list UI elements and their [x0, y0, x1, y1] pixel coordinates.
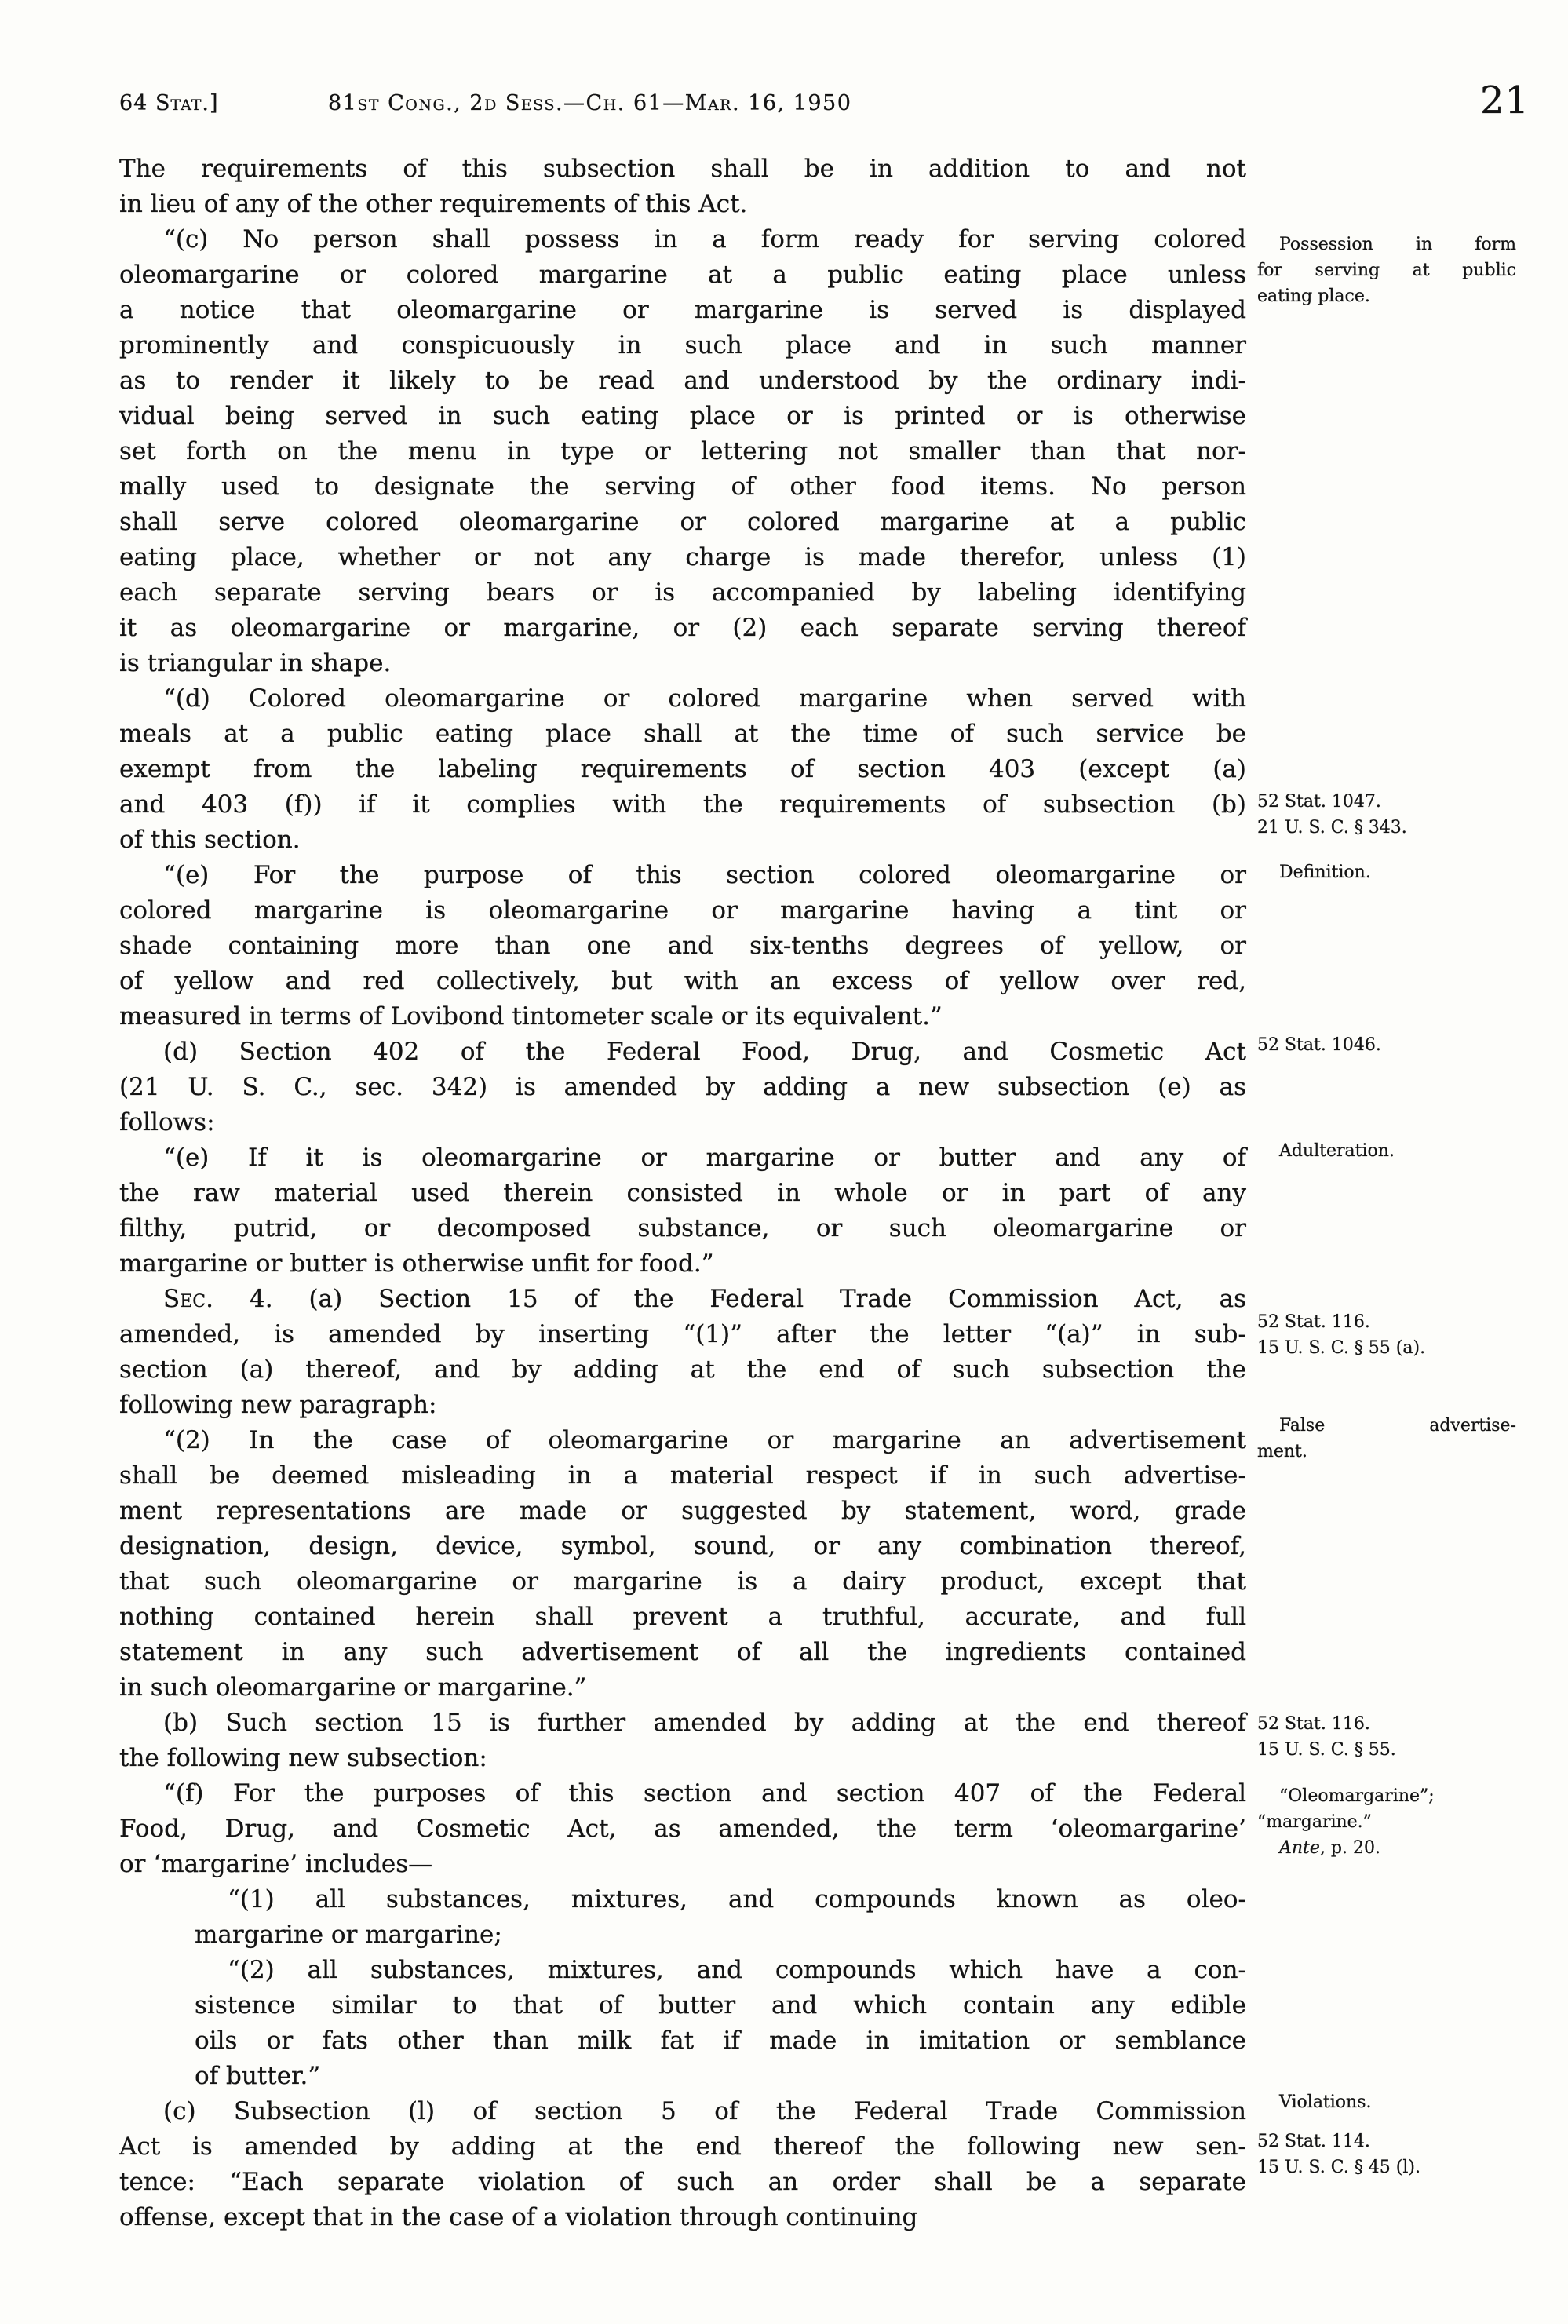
- margin-note-line: 21 U. S. C. § 343.: [1257, 815, 1516, 841]
- text-line: in such oleomargarine or margarine.”: [119, 1670, 1246, 1706]
- text-line: oils or fats other than milk fat if made…: [195, 2023, 1246, 2059]
- paragraph: “(f) For the purposes of this section an…: [119, 1776, 1246, 1882]
- margin-note-line: Adulteration.: [1257, 1138, 1516, 1164]
- text-line: of butter.”: [195, 2059, 1246, 2094]
- margin-note: 52 Stat. 1046.: [1257, 1032, 1516, 1058]
- text-line: “(1) all substances, mixtures, and compo…: [195, 1882, 1246, 1917]
- paragraph: (d) Section 402 of the Federal Food, Dru…: [119, 1034, 1246, 1140]
- text-line: “(c) No person shall possess in a form r…: [119, 222, 1246, 257]
- margin-note-line: False advertise-: [1257, 1413, 1516, 1439]
- text-line: Sec. 4. (a) Section 15 of the Federal Tr…: [119, 1282, 1246, 1317]
- text-line: (c) Subsection (l) of section 5 of the F…: [119, 2094, 1246, 2129]
- text-line: “(e) If it is oleomargarine or margarine…: [119, 1140, 1246, 1176]
- margin-note-line: ment.: [1257, 1439, 1516, 1465]
- margin-note: 52 Stat. 116.15 U. S. C. § 55.: [1257, 1711, 1516, 1763]
- text-line: or ‘margarine’ includes—: [119, 1847, 1246, 1882]
- statute-volume-label: 64 Stat.]: [119, 91, 219, 115]
- text-line: a notice that oleomargarine or margarine…: [119, 293, 1246, 328]
- margin-note-line: 15 U. S. C. § 55 (a).: [1257, 1335, 1516, 1361]
- margin-note-line: Definition.: [1257, 859, 1516, 885]
- text-line: “(d) Colored oleomargarine or colored ma…: [119, 681, 1246, 717]
- margin-note: False advertise-ment.: [1257, 1413, 1516, 1465]
- margin-note-line: 52 Stat. 116.: [1257, 1309, 1516, 1335]
- paragraph: “(e) For the purpose of this section col…: [119, 858, 1246, 1034]
- paragraph: “(2) all substances, mixtures, and compo…: [195, 1953, 1246, 2094]
- statute-page: 64 Stat.] 81st Cong., 2d Sess.—Ch. 61—Ma…: [0, 0, 1568, 2324]
- text-line: section (a) thereof, and by adding at th…: [119, 1352, 1246, 1388]
- paragraph: “(1) all substances, mixtures, and compo…: [195, 1882, 1246, 1953]
- paragraph: Sec. 4. (a) Section 15 of the Federal Tr…: [119, 1282, 1246, 1423]
- small-caps-label: Sec.: [163, 1285, 213, 1313]
- text-line: filthy, putrid, or decomposed substance,…: [119, 1211, 1246, 1246]
- paragraph: “(c) No person shall possess in a form r…: [119, 222, 1246, 681]
- text-line: in lieu of any of the other requirements…: [119, 187, 1246, 222]
- margin-notes: Possession in formfor serving at publice…: [1257, 0, 1524, 2324]
- text-line: statement in any such advertisement of a…: [119, 1635, 1246, 1670]
- text-line: “(2) all substances, mixtures, and compo…: [195, 1953, 1246, 1988]
- margin-note: 52 Stat. 116.15 U. S. C. § 55 (a).: [1257, 1309, 1516, 1361]
- text-line: nothing contained herein shall prevent a…: [119, 1600, 1246, 1635]
- text-line: shall be deemed misleading in a material…: [119, 1458, 1246, 1494]
- text-line: ment representations are made or suggest…: [119, 1494, 1246, 1529]
- margin-note: 52 Stat. 1047.21 U. S. C. § 343.: [1257, 789, 1516, 841]
- margin-note-line: for serving at public: [1257, 257, 1516, 283]
- text-line: offense, except that in the case of a vi…: [119, 2200, 1246, 2235]
- margin-note-line: “margarine.”: [1257, 1809, 1516, 1835]
- text-line: as to render it likely to be read and un…: [119, 363, 1246, 399]
- text-line: “(f) For the purposes of this section an…: [119, 1776, 1246, 1811]
- text-line: sistence similar to that of butter and w…: [195, 1988, 1246, 2023]
- paragraph: “(2) In the case of oleomargarine or mar…: [119, 1423, 1246, 1706]
- paragraph: “(e) If it is oleomargarine or margarine…: [119, 1140, 1246, 1282]
- paragraph: “(d) Colored oleomargarine or colored ma…: [119, 681, 1246, 858]
- margin-note-line: 52 Stat. 114.: [1257, 2129, 1516, 2154]
- text-line: that such oleomargarine or margarine is …: [119, 1564, 1246, 1600]
- text-line: follows:: [119, 1105, 1246, 1140]
- paragraph: (b) Such section 15 is further amended b…: [119, 1706, 1246, 1776]
- paragraph: The requirements of this subsection shal…: [119, 151, 1246, 222]
- margin-note: Definition.: [1257, 859, 1516, 885]
- margin-note: “Oleomargarine”;“margarine.”Ante, p. 20.: [1257, 1783, 1516, 1861]
- text-line: set forth on the menu in type or letteri…: [119, 434, 1246, 469]
- text-line: vidual being served in such eating place…: [119, 399, 1246, 434]
- text-line: the raw material used therein consisted …: [119, 1176, 1246, 1211]
- paragraph: (c) Subsection (l) of section 5 of the F…: [119, 2094, 1246, 2235]
- text-line: measured in terms of Lovibond tintometer…: [119, 999, 1246, 1034]
- text-line: is triangular in shape.: [119, 646, 1246, 681]
- text-line: (21 U. S. C., sec. 342) is amended by ad…: [119, 1070, 1246, 1105]
- text-line: Act is amended by adding at the end ther…: [119, 2129, 1246, 2165]
- text-line: (d) Section 402 of the Federal Food, Dru…: [119, 1034, 1246, 1070]
- margin-note-line: 52 Stat. 1047.: [1257, 789, 1516, 815]
- margin-note-line: 52 Stat. 1046.: [1257, 1032, 1516, 1058]
- text-line: each separate serving bears or is accomp…: [119, 575, 1246, 611]
- text-line: oleomargarine or colored margarine at a …: [119, 257, 1246, 293]
- text-line: amended, is amended by inserting “(1)” a…: [119, 1317, 1246, 1352]
- margin-note-line: 52 Stat. 116.: [1257, 1711, 1516, 1737]
- body-text: The requirements of this subsection shal…: [119, 151, 1246, 2235]
- text-line: The requirements of this subsection shal…: [119, 151, 1246, 187]
- margin-note-line: eating place.: [1257, 283, 1516, 309]
- text-line: prominently and conspicuously in such pl…: [119, 328, 1246, 363]
- text-line: Food, Drug, and Cosmetic Act, as amended…: [119, 1811, 1246, 1847]
- margin-note: Adulteration.: [1257, 1138, 1516, 1164]
- margin-note-line: Violations.: [1257, 2089, 1516, 2115]
- text-line: (b) Such section 15 is further amended b…: [119, 1706, 1246, 1741]
- margin-note-line: 15 U. S. C. § 45 (l).: [1257, 2154, 1516, 2180]
- text-line: shall serve colored oleomargarine or col…: [119, 505, 1246, 540]
- margin-note: Violations.: [1257, 2089, 1516, 2115]
- text-line: margarine or margarine;: [195, 1917, 1246, 1953]
- text-line: shade containing more than one and six-t…: [119, 929, 1246, 964]
- text-line: of yellow and red collectively, but with…: [119, 964, 1246, 999]
- margin-note-line: Possession in form: [1257, 232, 1516, 257]
- text-line: meals at a public eating place shall at …: [119, 717, 1246, 752]
- text-line: “(2) In the case of oleomargarine or mar…: [119, 1423, 1246, 1458]
- margin-note: 52 Stat. 114.15 U. S. C. § 45 (l).: [1257, 2129, 1516, 2180]
- text-line: following new paragraph:: [119, 1388, 1246, 1423]
- italic-citation-word: Ante: [1279, 1838, 1320, 1858]
- text-line: it as oleomargarine or margarine, or (2)…: [119, 611, 1246, 646]
- margin-note-line: 15 U. S. C. § 55.: [1257, 1737, 1516, 1763]
- text-line: of this section.: [119, 823, 1246, 858]
- text-line: the following new subsection:: [119, 1741, 1246, 1776]
- text-line: “(e) For the purpose of this section col…: [119, 858, 1246, 893]
- margin-note-line: “Oleomargarine”;: [1257, 1783, 1516, 1809]
- text-line: colored margarine is oleomargarine or ma…: [119, 893, 1246, 929]
- running-head-session-title: 81st Cong., 2d Sess.—Ch. 61—Mar. 16, 195…: [328, 91, 851, 115]
- margin-note: Possession in formfor serving at publice…: [1257, 232, 1516, 309]
- text-line: eating place, whether or not any charge …: [119, 540, 1246, 575]
- text-line: mally used to designate the serving of o…: [119, 469, 1246, 505]
- margin-note-line: Ante, p. 20.: [1257, 1835, 1516, 1861]
- text-line: and 403 (f)) if it complies with the req…: [119, 787, 1246, 823]
- text-line: exempt from the labeling requirements of…: [119, 752, 1246, 787]
- text-line: tence: “Each separate violation of such …: [119, 2165, 1246, 2200]
- text-line: margarine or butter is otherwise unfit f…: [119, 1246, 1246, 1282]
- text-line: designation, design, device, symbol, sou…: [119, 1529, 1246, 1564]
